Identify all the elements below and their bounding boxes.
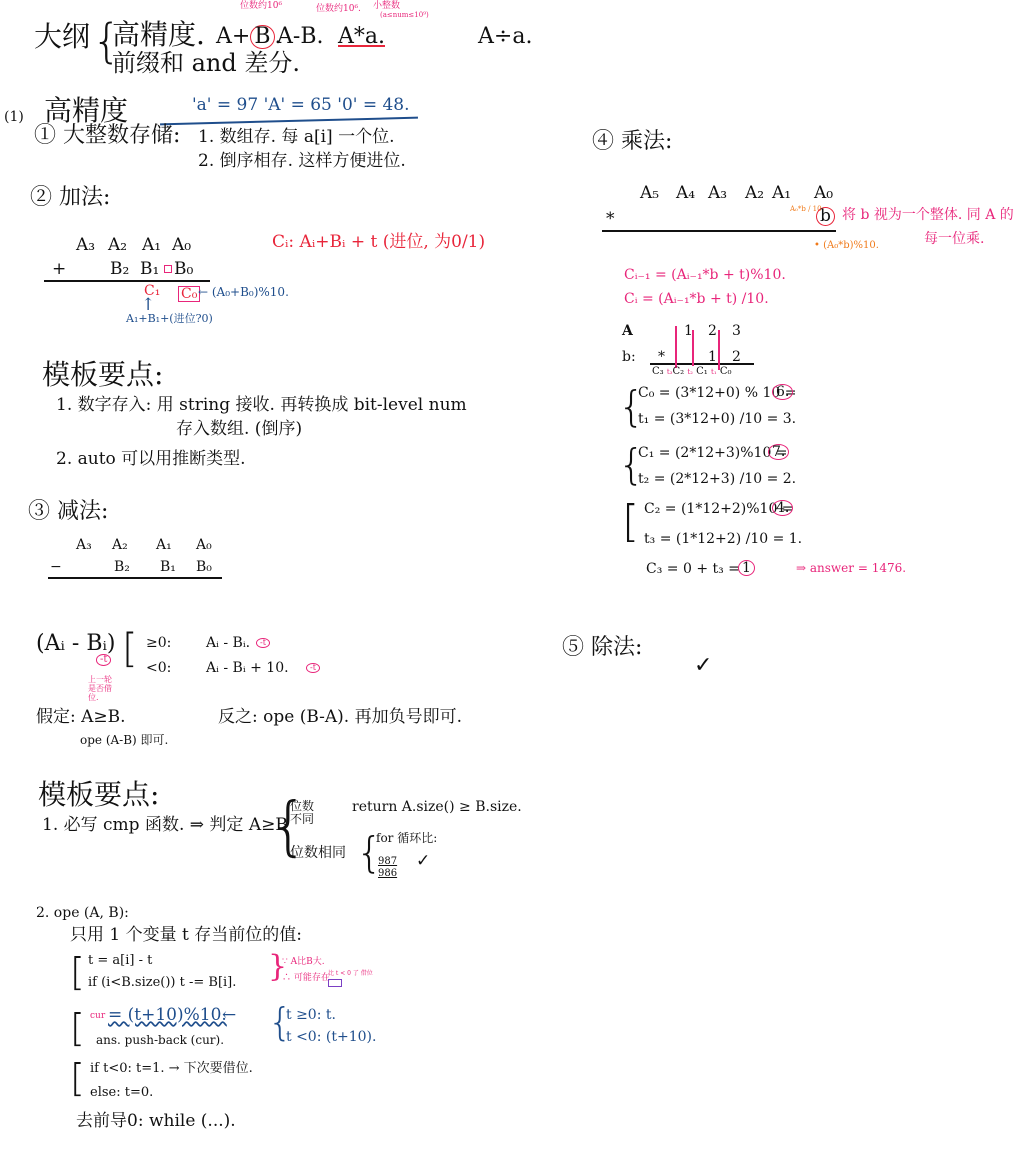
sub-case-2-mark: -t [306,663,320,673]
mul-a3: A₃ [708,184,727,203]
sub-b2: B₂ [114,560,130,575]
step2-case-2: t <0: (t+10). [286,1030,376,1045]
outline-op-add: A+B. [216,25,282,49]
outline-topic: 高精度. [112,20,205,51]
template1-title: 模板要点: [42,360,163,391]
example-divider-2 [692,330,694,366]
step2-push: ans. push-back (cur). [96,1034,224,1047]
mul-a5: A₅ [640,184,659,203]
sub-case-2-expr: Aᵢ - Bᵢ + 10. [206,661,289,676]
outline-op-mul: A*a. [338,25,385,49]
carry-box [164,265,172,273]
sub-case-2-cond: <0: [146,661,171,676]
mul-a4: A₄ [676,184,695,203]
step-3-c: C₂ = (1*12+2)%10 = [644,502,794,517]
sub-a1: A₁ [156,538,172,553]
step2-bracket: [ [70,1006,85,1050]
sub-cases-brace: [ [122,626,138,672]
addition-label: ② 加法: [30,186,110,210]
ascii-underline [160,117,418,126]
check-icon: ✓ [416,852,430,871]
step-3-t: t₃ = (1*12+2) /10 = 1. [644,532,802,547]
left-arrow-icon: ← [222,1006,236,1025]
add-a0: A₀ [172,236,191,255]
sub-b1: B₁ [160,560,176,575]
template1-item-1b: 存入数组. (倒序) [176,420,302,439]
result-t1: t₁ [711,368,717,376]
diff-len-code: return A.size() ≥ B.size. [352,800,522,815]
mini-box [328,979,342,987]
step2-formula: = (t+10)%10. [108,1006,227,1025]
template1-item-2: 2. auto 可以用推断类型. [56,450,246,469]
result-t2: t₂ [687,368,693,376]
add-b0: B₀ [174,260,193,279]
add-a1: A₁ [142,236,161,255]
add-b2: B₂ [110,260,129,279]
step-3-brace: [ [622,496,639,547]
storage-item-1: 1. 数组存. 每 a[i] 一个位. [198,128,394,147]
result-c0: C₀ [720,366,732,377]
subtraction-label: ③ 减法: [28,500,108,524]
sub-operator: − [50,560,62,575]
circled-b: B [250,25,274,49]
example-bottom: 986 [378,868,397,879]
step-1-t: t₁ = (3*12+0) /10 = 3. [638,412,796,427]
loop-label: for 循环比: [376,832,437,845]
sub-diff-line [48,577,222,579]
sub-diff-expr: (Aᵢ - Bᵢ) [36,632,116,656]
var-note: 只用 1 个变量 t 存当前位的值: [70,926,302,945]
add-c1-note: A₁+B₁+(进位?0) [126,313,213,325]
assume-text: 假定: A≥B. [36,708,126,727]
same-len-label: 位数相同 [290,846,346,861]
mul-product-line [602,230,836,232]
step3-bracket: [ [70,1056,85,1100]
step2-cur-label: cur [90,1012,105,1022]
add-b1: B₁ [140,260,159,279]
mul-a1: A₁ [772,184,791,203]
outline-label: 大纲 [34,22,90,53]
note-digits-add: 位数约10⁶ [240,2,282,12]
sub-a0: A₀ [196,538,212,553]
add-operator: + [52,260,66,279]
section-number: (1) [4,110,24,125]
add-sum-line [44,280,210,282]
outline-op-div: A÷a. [478,25,532,49]
example-divider-1 [675,326,677,368]
mul-a2: A₂ [745,184,764,203]
check-icon: ✓ [694,654,712,678]
step1-line2: if (i<B.size()) t -= B[i]. [88,976,236,990]
step1-bracket: [ [70,950,85,994]
otherwise-text: 反之: ope (B-A). 再加负号即可. [218,708,462,727]
final-step: C₃ = 0 + t₃ = [646,562,740,577]
step3-line1: if t<0: t=1. → 下次要借位. [90,1062,253,1076]
step3-line2: else: t=0. [90,1086,153,1100]
note-digits-sub: 位数约10⁶. [316,5,361,15]
borrow-mark: -t [96,654,111,666]
example-b-label: b: [622,350,636,365]
mul-b-explain-2: 每一位乘. [924,232,984,247]
mul-b: b [816,207,835,226]
mul-a0: A₀ [814,184,833,203]
answer-text: ⇒ answer = 1476. [796,562,906,575]
sub-a2: A₂ [112,538,128,553]
mul-operator: * [606,210,615,229]
sub-b0: B₀ [196,560,212,575]
step-2-t: t₂ = (2*12+3) /10 = 2. [638,472,796,487]
diff-len-label: 位数不同 [290,800,320,826]
storage-item-2: 2. 倒序相存. 这样方便进位. [198,152,406,171]
strip-zero: 去前导0: while (...). [76,1112,236,1131]
final-val: 1 [738,560,755,576]
template2-item-2: 2. ope (A, B): [36,906,129,921]
template1-item-1: 1. 数字存入: 用 string 接收. 再转换成 bit-level num [56,396,467,415]
mul-formula-2: Cᵢ = (Aᵢ₋₁*b + t) /10. [624,292,769,307]
multiplication-label: ④ 乘法: [592,130,672,154]
sub-a3: A₃ [76,538,92,553]
template2-title: 模板要点: [38,780,159,811]
step1-mini-note: 比 t < 0 了 借位 [328,971,373,978]
sub-case-1-mark: -t [256,638,270,648]
example-a-digit-3: 3 [732,324,741,339]
result-c3: C₃ [652,366,664,377]
add-a2: A₂ [108,236,127,255]
example-a-digit-2: 2 [708,324,717,339]
example-top: 987 [378,856,397,867]
outline-op-sub: A-B. [277,25,323,49]
example-divider-3 [718,330,720,370]
example-line [650,363,754,365]
sub-case-1-expr: Aᵢ - Bᵢ. [206,636,250,651]
example-result-row: C₃ t₃C₂ t₂ C₁ t₁ C₀ [652,366,732,377]
step1-line1: t = a[i] - t [88,954,152,968]
add-c0: C₀ [178,286,200,302]
step-2-c: C₁ = (2*12+3)%10 = [638,446,788,461]
add-c0-note: ← (A₀+B₀)%10. [198,286,289,299]
step2-case-1: t ≥0: t. [286,1008,336,1023]
storage-label: ① 大整数存储: [34,124,180,148]
division-label: ⑤ 除法: [562,636,642,660]
step1-note-1: ∵ A比B大. [282,958,325,968]
mul-b-explain: 将 b 视为一个整体. 同 A 的 [842,208,1014,223]
ascii-note: 'a' = 97 'A' = 65 '0' = 48. [192,96,410,115]
example-a-label: A [622,324,633,339]
step1-note-2: ∴ 可能存在 [282,974,330,984]
add-formula: Cᵢ: Aᵢ+Bᵢ + t (进位, 为0/1) [272,233,485,252]
mul-mod-note: • (A₀*b)%10. [814,240,879,251]
add-a3: A₃ [76,236,95,255]
outline-line2: 前缀和 and 差分. [112,50,300,76]
sub-case-1-cond: ≥0: [146,636,171,651]
template2-item-1: 1. 必写 cmp 函数. ⇒ 判定 A≥B [42,816,288,835]
mul-formula-1: Cᵢ₋₁ = (Aᵢ₋₁*b + t)%10. [624,268,786,283]
result-c1: C₁ [696,366,708,377]
borrow-note: 上一轮是否借位. [88,676,118,702]
assume-sub: ope (A-B) 即可. [80,734,168,747]
result-c2: C₂ [672,366,684,377]
note-range: (a≤num≤10⁹) [380,12,429,20]
